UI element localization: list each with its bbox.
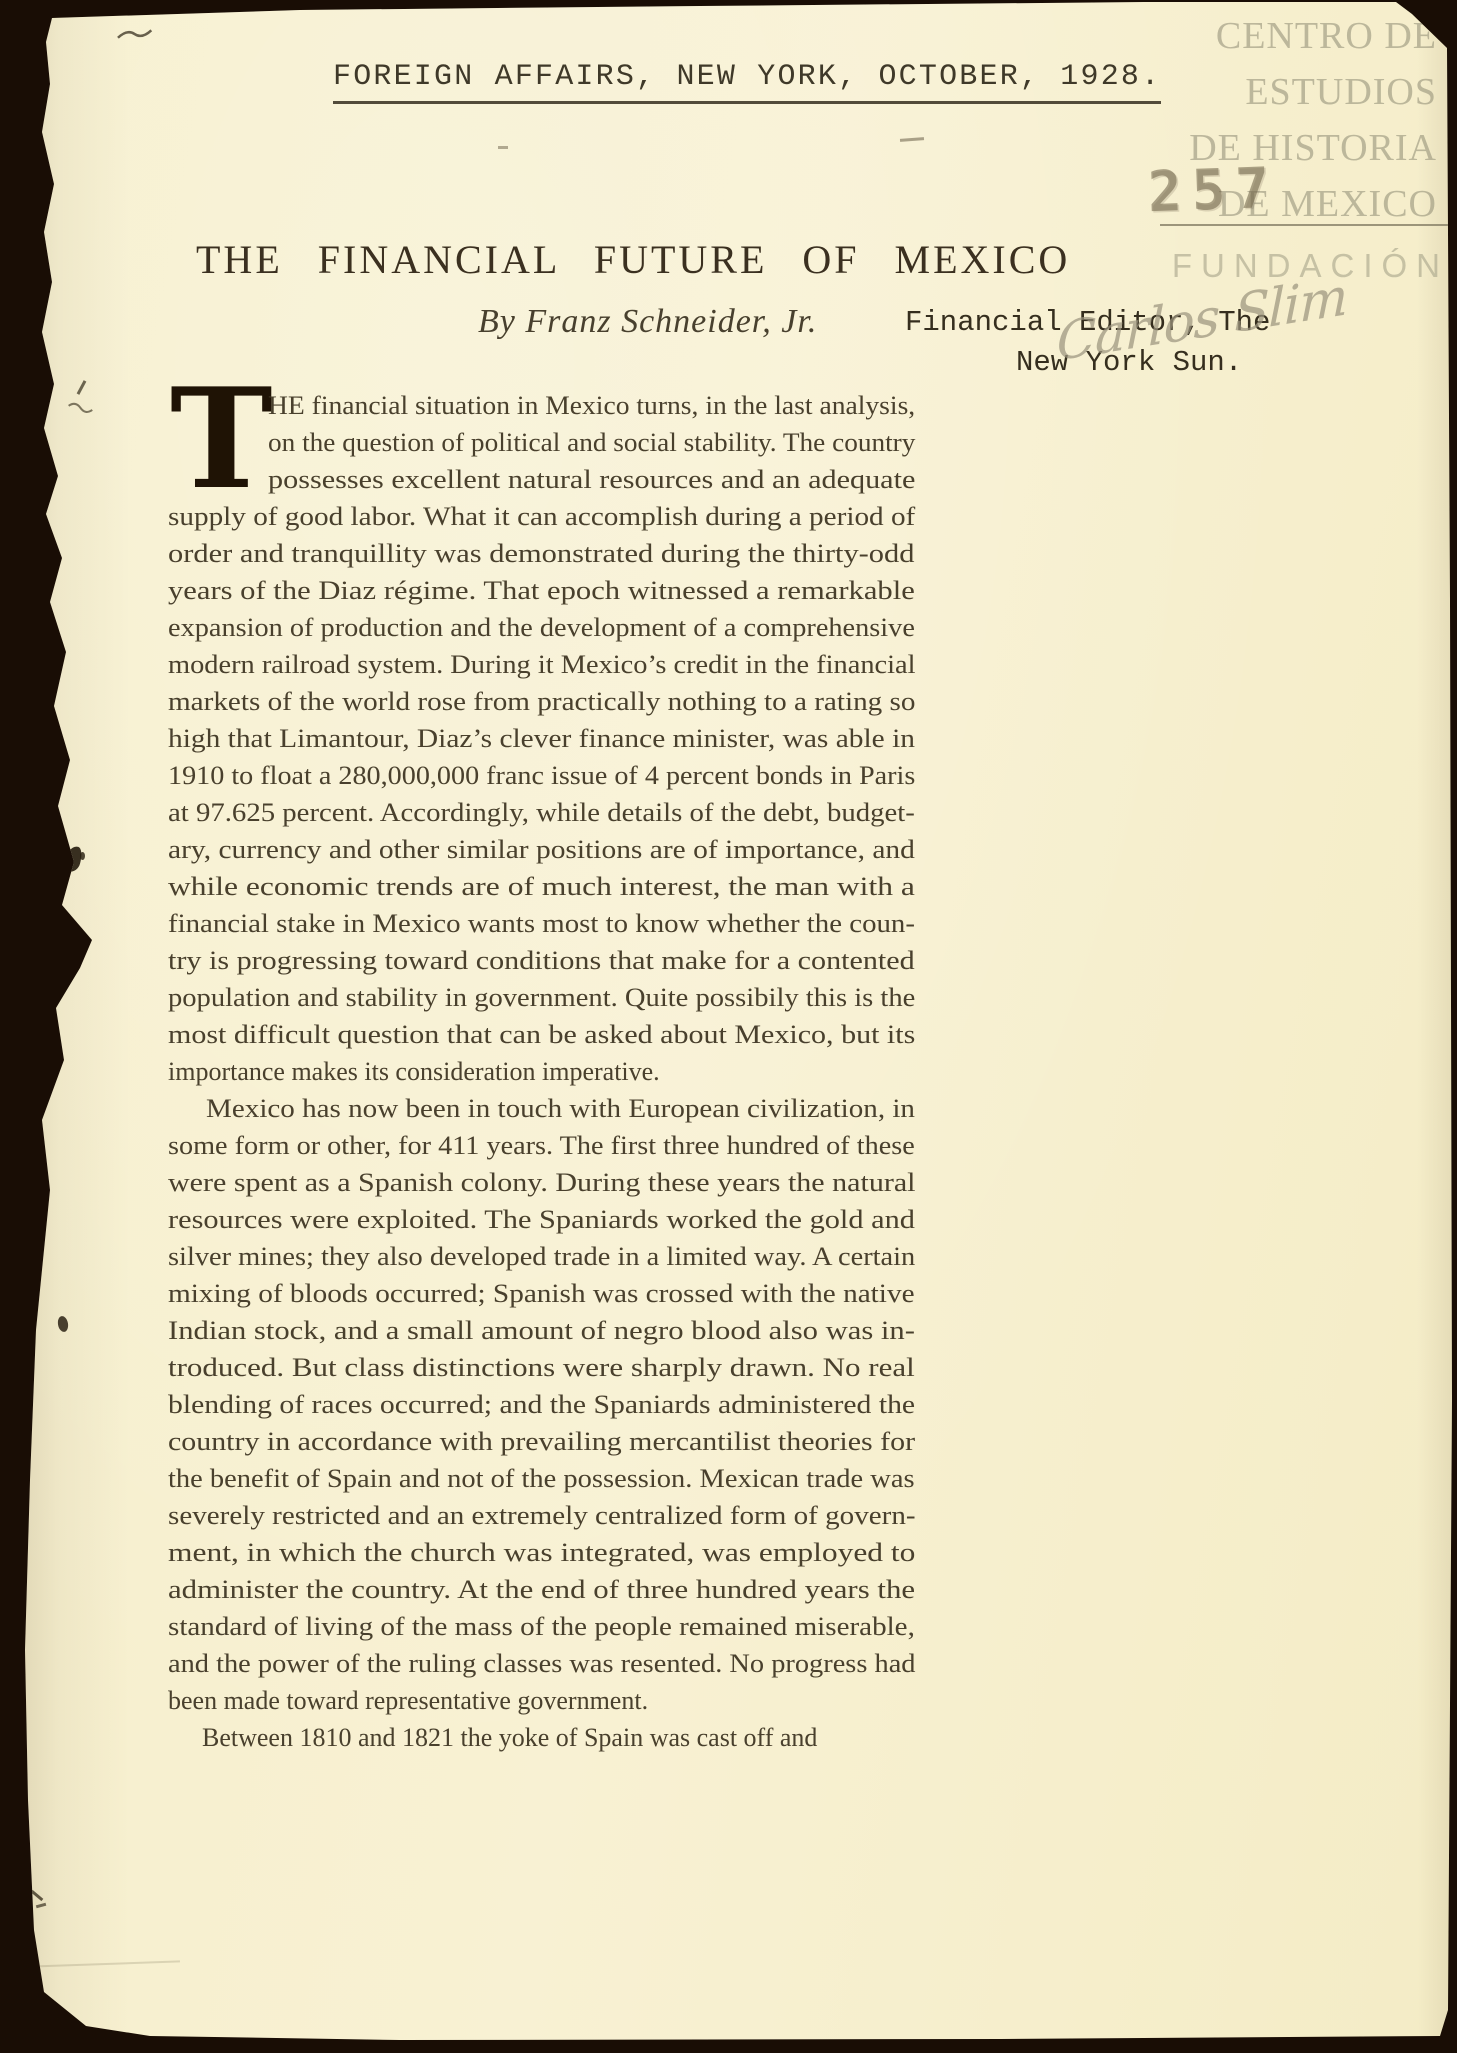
text-line: Indian stock, and a small amount of negr…	[168, 1312, 915, 1349]
text-line: HE financial situation in Mexico turns, …	[268, 387, 915, 424]
text-line: supply of good labor. What it can accomp…	[168, 498, 915, 535]
text-line: 1910 to float a 280,000,000 franc issue …	[168, 757, 915, 794]
journal-header: FOREIGN AFFAIRS, NEW YORK, OCTOBER, 1928…	[333, 60, 1161, 104]
text-line: and the power of the ruling classes was …	[168, 1645, 915, 1682]
text-line: the benefit of Spain and not of the poss…	[168, 1460, 915, 1497]
text-line: blending of races occurred; and the Span…	[168, 1386, 915, 1423]
text-line: at 97.625 percent. Accordingly, while de…	[168, 794, 915, 831]
body-text: THE financial situation in Mexico turns,…	[168, 387, 915, 1756]
article-title: THE FINANCIAL FUTURE OF MEXICO	[196, 236, 1070, 283]
text-line: some form or other, for 411 years. The f…	[168, 1127, 915, 1164]
text-line: population and stability in government. …	[168, 979, 915, 1016]
pen-mark	[114, 22, 154, 56]
text-line: expansion of production and the developm…	[168, 609, 915, 646]
scanned-document-page: FOREIGN AFFAIRS, NEW YORK, OCTOBER, 1928…	[0, 0, 1457, 2053]
paragraph: Between 1810 and 1821 the yoke of Spain …	[168, 1719, 915, 1756]
text-line: modern railroad system. During it Mexico…	[168, 646, 915, 683]
paper-sheet: FOREIGN AFFAIRS, NEW YORK, OCTOBER, 1928…	[0, 0, 1457, 2053]
left-edge-shading	[0, 0, 130, 2053]
text-line: markets of the world rose from practical…	[168, 683, 915, 720]
text-line: financial stake in Mexico wants most to …	[168, 905, 915, 942]
ink-blot	[80, 852, 85, 860]
text-line: ment, in which the church was integrated…	[168, 1534, 915, 1571]
catalog-stamp-number: 257	[1147, 156, 1280, 226]
text-line: Between 1810 and 1821 the yoke of Spain …	[168, 1719, 915, 1756]
pen-squiggle-icon	[115, 22, 154, 51]
text-line: most difficult question that can be aske…	[168, 1016, 915, 1053]
byline-author: By Franz Schneider, Jr.	[478, 303, 817, 341]
right-edge-shading	[1417, 0, 1457, 2053]
drop-cap: T	[170, 387, 273, 491]
text-line: years of the Diaz régime. That epoch wit…	[168, 572, 915, 609]
text-line: were spent as a Spanish colony. During t…	[168, 1164, 915, 1201]
drop-cap-indented-lines: HE financial situation in Mexico turns, …	[268, 387, 915, 498]
text-line: ary, currency and other similar position…	[168, 831, 915, 868]
pencil-dash	[498, 146, 508, 149]
watermark-line: CENTRO DE	[1189, 8, 1437, 64]
paragraph-lines: supply of good labor. What it can accomp…	[168, 498, 915, 1090]
text-line: standard of living of the mass of the pe…	[168, 1608, 915, 1645]
text-line: been made toward representative governme…	[168, 1682, 915, 1719]
text-line: mixing of bloods occurred; Spanish was c…	[168, 1275, 915, 1312]
text-line: country in accordance with prevailing me…	[168, 1423, 915, 1460]
text-line: severely restricted and an extremely cen…	[168, 1497, 915, 1534]
text-line: possesses excellent natural resources an…	[268, 461, 915, 498]
stamp-underline	[1160, 224, 1452, 226]
text-line: administer the country. At the end of th…	[168, 1571, 915, 1608]
text-line: importance makes its consideration imper…	[168, 1053, 915, 1090]
paragraph: THE financial situation in Mexico turns,…	[168, 387, 915, 1090]
text-line: Mexico has now been in touch with Europe…	[168, 1090, 915, 1127]
text-line: resources were exploited. The Spaniards …	[168, 1201, 915, 1238]
pencil-dash	[900, 137, 924, 142]
text-line: while economic trends are of much intere…	[168, 868, 915, 905]
paragraph: Mexico has now been in touch with Europe…	[168, 1090, 915, 1719]
text-line: try is progressing toward conditions tha…	[168, 942, 915, 979]
text-line: on the question of political and social …	[268, 424, 915, 461]
watermark-line: ESTUDIOS	[1189, 64, 1437, 120]
text-line: silver mines; they also developed trade …	[168, 1238, 915, 1275]
text-line: high that Limantour, Diaz’s clever finan…	[168, 720, 915, 757]
text-line: order and tranquillity was demonstrated …	[168, 535, 915, 572]
text-line: troduced. But class distinctions were sh…	[168, 1349, 915, 1386]
